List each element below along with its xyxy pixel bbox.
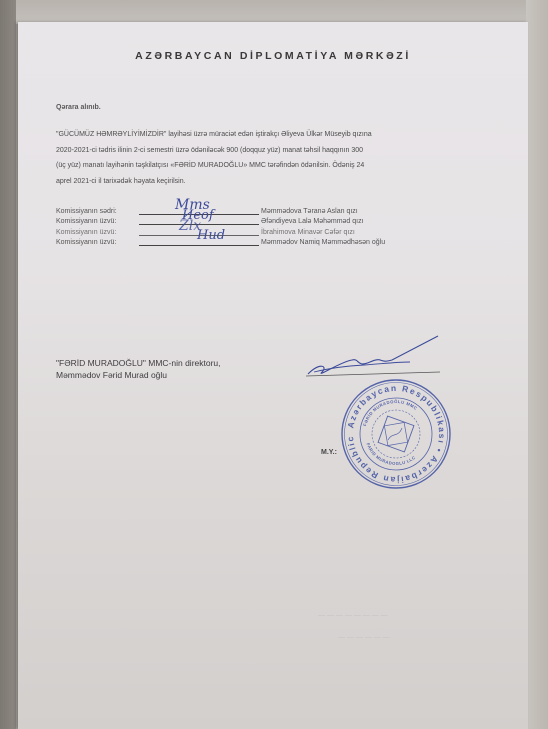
seal-label: M.Y.:	[321, 449, 337, 456]
svg-text:FƏRİD MURADOĞLU MMC: FƏRİD MURADOĞLU MMC	[362, 399, 418, 427]
director-signature	[300, 332, 450, 380]
committee-signatures: Komissiyanın sədri: Mms Məmmədova Təranə…	[56, 204, 516, 246]
handwritten-signature: Hud	[197, 228, 225, 243]
svg-text:Azərbaycan Respublikası • Azer: Azərbaycan Respublikası • Azerbaijan Rep…	[340, 378, 447, 485]
committee-member-name: Məmmədov Namiq Məmmədhəsən oğlu	[261, 239, 385, 246]
body-line: (üç yüz) manatı layihənin təşkilatçısı «…	[56, 158, 516, 174]
committee-role: Komissiyanın üzvü:	[56, 229, 139, 236]
svg-text:FARID MURADOGLU LLC: FARID MURADOGLU LLC	[366, 442, 417, 466]
committee-role: Komissiyanın üzvü:	[56, 218, 139, 225]
committee-member-name: Əfəndiyeva Lalə Məhəmməd qızı	[261, 218, 364, 225]
body-line: aprel 2021-ci il tarixədək həyata keçiri…	[56, 174, 516, 190]
stamp-inner-top: FƏRİD MURADOĞLU MMC	[362, 399, 418, 427]
company-stamp: Azərbaycan Respublikası • Azerbaijan Rep…	[340, 378, 452, 490]
photo-background-top	[0, 0, 548, 24]
stamp-outer-text: Azərbaycan Respublikası • Azerbaijan Rep…	[340, 378, 447, 485]
director-title: "FƏRİD MURADOĞLU" MMC-nin direktoru,	[56, 358, 221, 370]
committee-row: Komissiyanın üzvü: Zlx İbrahimova Minavə…	[56, 225, 516, 236]
committee-member-name: İbrahimova Minavər Cəfər qızı	[261, 229, 355, 236]
photo-background-left	[0, 0, 16, 729]
committee-role: Komissiyanın üzvü:	[56, 239, 139, 246]
photo-background-right	[526, 0, 548, 729]
decision-heading: Qərara alınıb.	[56, 104, 101, 111]
director-name: Məmmədov Fərid Murad oğlu	[56, 370, 221, 382]
stamp-inner-bottom: FARID MURADOGLU LLC	[366, 442, 417, 466]
document-page: AZƏRBAYCAN DİPLOMATİYA MƏRKƏZİ Qərara al…	[18, 22, 528, 729]
decision-body: "GÜCÜMÜZ HƏMRƏYLİYİMİZDİR" layihəsi üzrə…	[56, 127, 516, 189]
committee-row: Komissiyanın sədri: Mms Məmmədova Təranə…	[56, 204, 516, 215]
director-block: "FƏRİD MURADOĞLU" MMC-nin direktoru, Məm…	[56, 358, 221, 381]
show-through-text: — — — — — —	[338, 634, 390, 641]
signature-line: Hud	[139, 237, 259, 246]
committee-row: Komissiyanın üzvü: Иeof Əfəndiyeva Lalə …	[56, 215, 516, 226]
body-line: "GÜCÜMÜZ HƏMRƏYLİYİMİZDİR" layihəsi üzrə…	[56, 127, 516, 143]
document-title: AZƏRBAYCAN DİPLOMATİYA MƏRKƏZİ	[18, 50, 528, 62]
body-line: 2020-2021-ci tədris ilinin 2-ci semestri…	[56, 143, 516, 159]
committee-member-name: Məmmədova Təranə Aslan qızı	[261, 208, 358, 215]
committee-row: Komissiyanın üzvü: Hud Məmmədov Namiq Mə…	[56, 236, 516, 247]
committee-role: Komissiyanın sədri:	[56, 208, 139, 215]
show-through-text: — — — — — — — —	[318, 612, 388, 619]
